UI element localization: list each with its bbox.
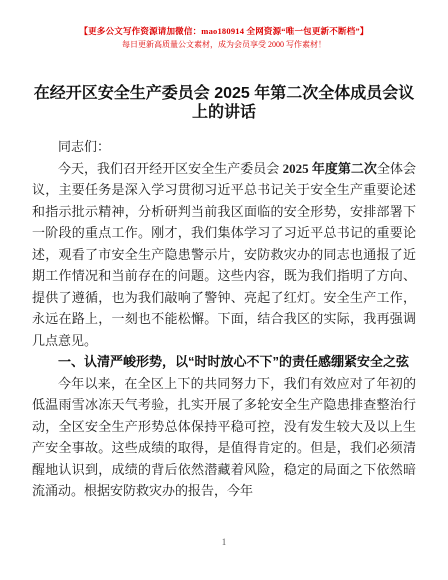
salutation: 同志们： bbox=[32, 136, 416, 158]
document-page: 【更多公文写作资源请加微信：mao180914 全网资源“唯一包更新不断档”】 … bbox=[0, 0, 448, 580]
document-title: 在经开区安全生产委员会 2025 年第二次全体成员会议上的讲话 bbox=[32, 84, 416, 122]
document-body: 同志们： 今天，我们召开经开区安全生产委员会 2025 年度第二次全体会议，主要… bbox=[32, 136, 416, 502]
promo-watermark-line1: 【更多公文写作资源请加微信：mao180914 全网资源“唯一包更新不断档”】 bbox=[32, 25, 416, 38]
section-heading-1: 一、认清严峻形势，以“时时放心不下”的责任感绷紧安全之弦 bbox=[32, 351, 416, 373]
promo-watermark-line2: 每日更新高质量公文素材，成为会员享受 2000 写作素材！ bbox=[32, 38, 416, 51]
promo-watermark: 【更多公文写作资源请加微信：mao180914 全网资源“唯一包更新不断档”】 … bbox=[32, 0, 416, 51]
page-number: 1 bbox=[0, 537, 448, 547]
paragraph-intro: 今天，我们召开经开区安全生产委员会 2025 年度第二次全体会议，主要任务是深入… bbox=[32, 158, 416, 352]
paragraph-intro-post: 全体会议，主要任务是深入学习贯彻习近平总书记关于安全生产重要论述和指示批示精神，… bbox=[32, 161, 416, 348]
paragraph-intro-bold: 2025 年度第二次 bbox=[283, 161, 377, 176]
paragraph-intro-pre: 今天，我们召开经开区安全生产委员会 bbox=[58, 161, 283, 176]
paragraph-section-1: 今年以来，在全区上下的共同努力下，我们有效应对了年初的低温雨雪冰冻天气考验，扎实… bbox=[32, 373, 416, 502]
